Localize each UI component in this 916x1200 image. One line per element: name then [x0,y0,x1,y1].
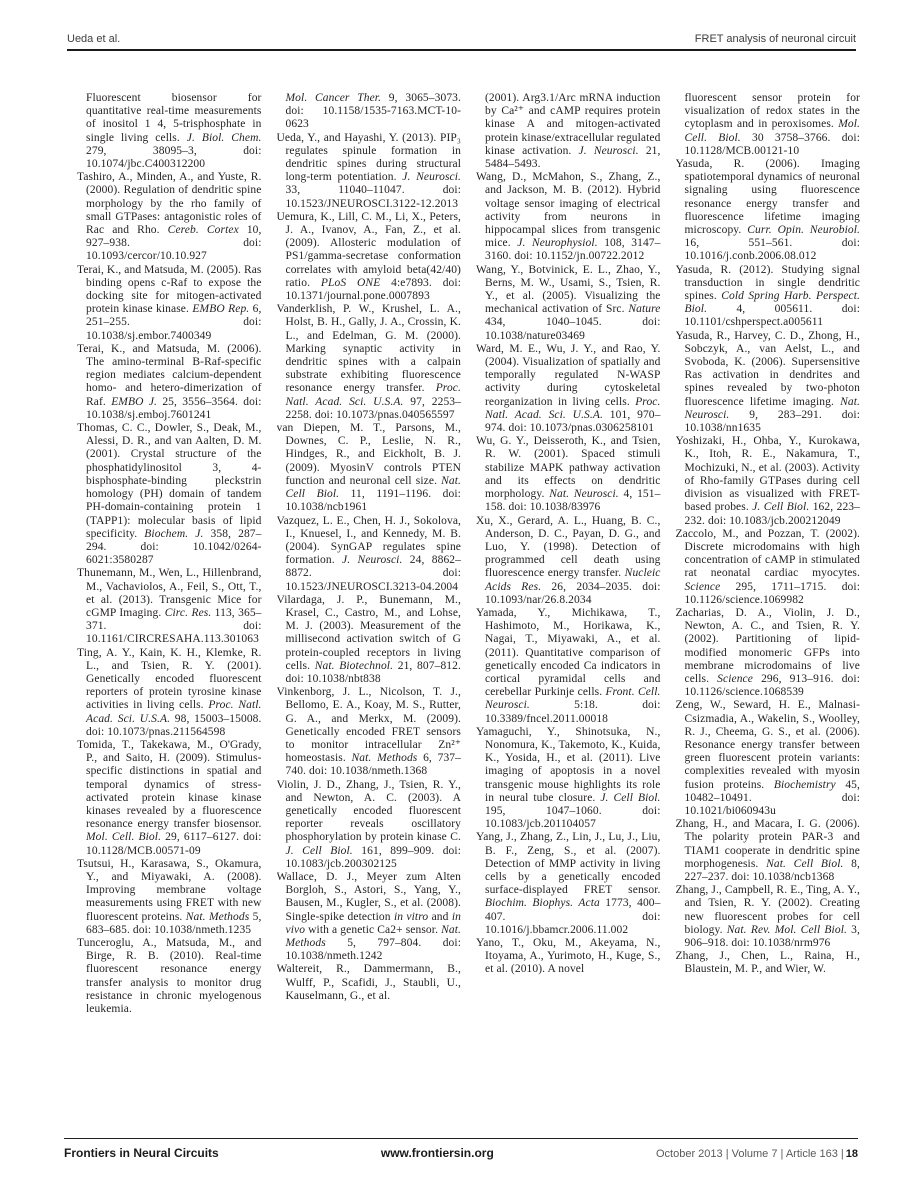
paper-page: Ueda et al. FRET analysis of neuronal ci… [0,0,916,1200]
reference-entry: Waltereit, R., Dammermann, B., Wulff, P.… [277,963,462,1003]
reference-entry: Yasuda, R., Harvey, C. D., Zhong, H., So… [676,330,861,436]
reference-entry: Tomida, T., Takekawa, M., O'Grady, P., a… [77,739,262,858]
reference-entry: Ueda, Y., and Hayashi, Y. (2013). PIP₃ r… [277,132,462,211]
reference-entry: Yasuda, R. (2006). Imaging spatiotempora… [676,158,861,264]
reference-entry: Xu, X., Gerard, A. L., Huang, B. C., And… [476,515,661,607]
reference-entry: Zhang, J., Chen, L., Raina, H., Blaustei… [676,950,861,976]
references-section: Fluorescent biosensor for quantitative r… [77,92,860,1134]
reference-entry: Wang, D., McMahon, S., Zhang, Z., and Ja… [476,171,661,263]
footer-rule [64,1138,858,1139]
references-column: Fluorescent biosensor for quantitative r… [77,92,262,1134]
reference-entry: Wallace, D. J., Meyer zum Alten Borgloh,… [277,871,462,963]
reference-entry: Yang, J., Zhang, Z., Lin, J., Lu, J., Li… [476,831,661,937]
reference-entry: Zhang, H., and Macara, I. G. (2006). The… [676,818,861,884]
reference-entry: Ting, A. Y., Kain, K. H., Klemke, R. L.,… [77,647,262,739]
footer-journal-name: Frontiers in Neural Circuits [64,1146,219,1160]
reference-entry: Zeng, W., Seward, H. E., Malnasi-Csizmad… [676,699,861,818]
header-rule [67,49,856,51]
references-column: (2001). Arg3.1/Arc mRNA induction by Ca²… [476,92,661,1134]
reference-entry: Thunemann, M., Wen, L., Hillenbrand, M.,… [77,567,262,646]
reference-entry: Thomas, C. C., Dowler, S., Deak, M., Ale… [77,422,262,567]
reference-entry: Ward, M. E., Wu, J. Y., and Rao, Y. (200… [476,343,661,435]
reference-entry: Vilardaga, J. P., Bunemann, M., Krasel, … [277,594,462,686]
references-column: Mol. Cancer Ther. 9, 3065–3073. doi: 10.… [277,92,462,1134]
running-head-authors: Ueda et al. [67,33,120,45]
footer-website-url: www.frontiersin.org [381,1146,494,1160]
reference-entry: Terai, K., and Matsuda, M. (2006). The a… [77,343,262,422]
reference-entry: Fluorescent biosensor for quantitative r… [77,92,262,171]
reference-entry: Zaccolo, M., and Pozzan, T. (2002). Disc… [676,528,861,607]
reference-entry: Vinkenborg, J. L., Nicolson, T. J., Bell… [277,686,462,778]
reference-entry: Uemura, K., Lill, C. M., Li, X., Peters,… [277,211,462,303]
reference-entry: Yano, T., Oku, M., Akeyama, N., Itoyama,… [476,937,661,977]
footer-page-number: 18 [846,1148,858,1160]
reference-entry: Tashiro, A., Minden, A., and Yuste, R. (… [77,171,262,263]
reference-entry: Vazquez, L. E., Chen, H. J., Sokolova, I… [277,515,462,594]
reference-entry: (2001). Arg3.1/Arc mRNA induction by Ca²… [476,92,661,171]
page-footer: Frontiers in Neural Circuits www.frontie… [64,1146,858,1160]
references-column: fluorescent sensor protein for visualiza… [676,92,861,1134]
reference-entry: Vanderklish, P. W., Krushel, L. A., Hols… [277,303,462,422]
reference-entry: Yamada, Y., Michikawa, T., Hashimoto, M.… [476,607,661,726]
reference-entry: Yamaguchi, Y., Shinotsuka, N., Nonomura,… [476,726,661,832]
reference-entry: Tsutsui, H., Karasawa, S., Okamura, Y., … [77,858,262,937]
footer-issue-info: October 2013 | Volume 7 | Article 163 |1… [656,1148,858,1160]
reference-entry: Wu, G. Y., Deisseroth, K., and Tsien, R.… [476,435,661,514]
reference-entry: Zacharias, D. A., Violin, J. D., Newton,… [676,607,861,699]
reference-entry: van Diepen, M. T., Parsons, M., Downes, … [277,422,462,514]
reference-entry: Tunceroglu, A., Matsuda, M., and Birge, … [77,937,262,1016]
reference-entry: Violin, J. D., Zhang, J., Tsien, R. Y., … [277,779,462,871]
reference-entry: Mol. Cancer Ther. 9, 3065–3073. doi: 10.… [277,92,462,132]
reference-entry: Yoshizaki, H., Ohba, Y., Kurokawa, K., I… [676,435,861,527]
reference-entry: fluorescent sensor protein for visualiza… [676,92,861,158]
reference-entry: Terai, K., and Matsuda, M. (2005). Ras b… [77,264,262,343]
footer-issue-text: October 2013 | Volume 7 | Article 163 | [656,1148,844,1160]
page-header: Ueda et al. FRET analysis of neuronal ci… [67,33,856,45]
reference-entry: Zhang, J., Campbell, R. E., Ting, A. Y.,… [676,884,861,950]
reference-entry: Yasuda, R. (2012). Studying signal trans… [676,264,861,330]
running-head-title: FRET analysis of neuronal circuit [695,33,856,45]
reference-entry: Wang, Y., Botvinick, E. L., Zhao, Y., Be… [476,264,661,343]
